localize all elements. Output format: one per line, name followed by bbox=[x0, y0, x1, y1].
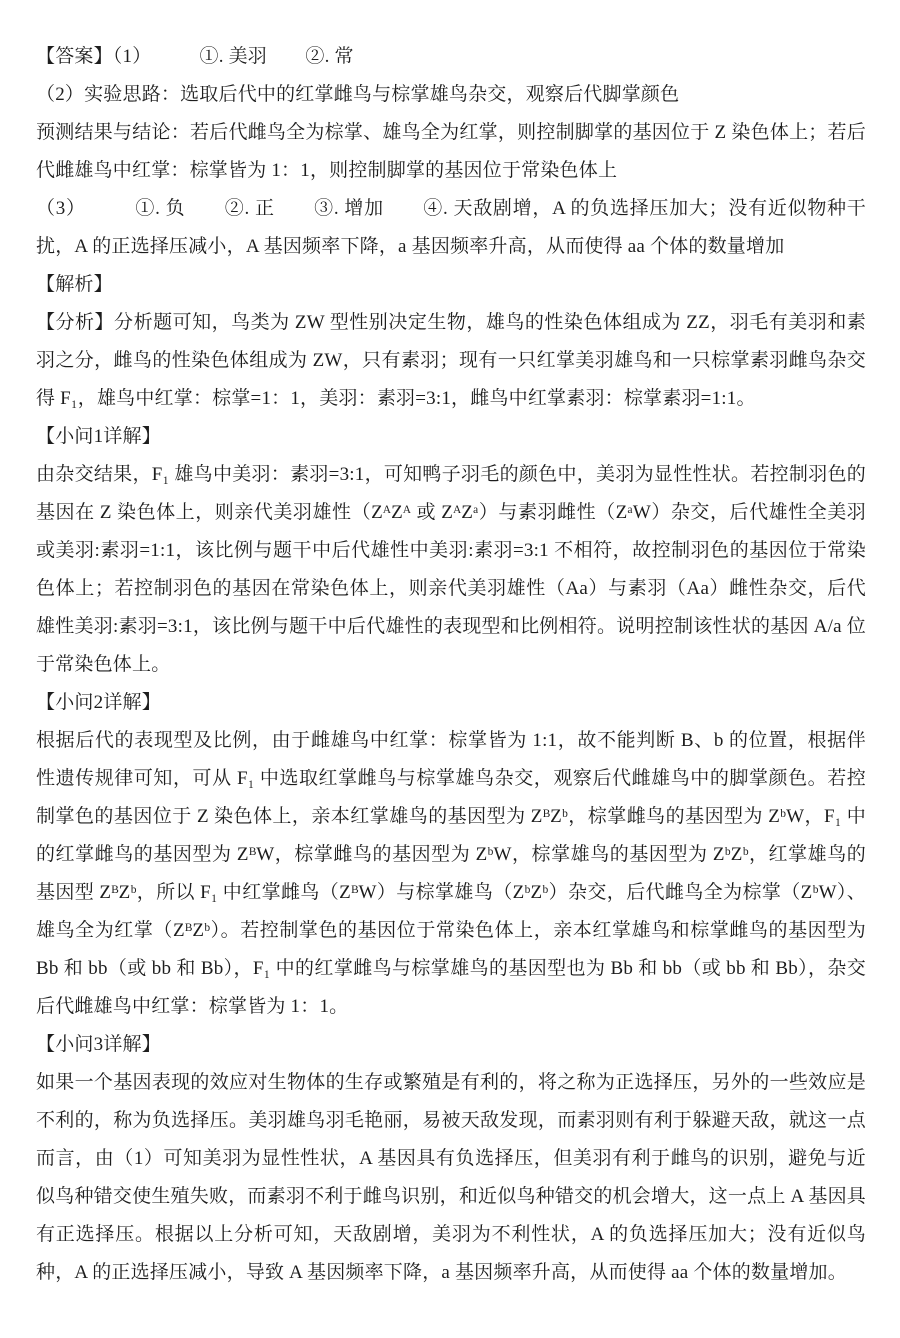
answer-line-2: （2）实验思路：选取后代中的红掌雌鸟与棕掌雄鸟杂交，观察后代脚掌颜色 bbox=[36, 76, 866, 114]
answer-line-3: （3） ①. 负 ②. 正 ③. 增加 ④. 天敌剧增，A 的负选择压加大；没有… bbox=[36, 190, 866, 266]
explanation-subquestion-1: 由杂交结果，F₁ 雄鸟中美羽：素羽=3:1，可知鸭子羽毛的颜色中，美羽为显性性状… bbox=[36, 456, 866, 684]
explanation-subquestion-3: 如果一个基因表现的效应对生物体的生存或繁殖是有利的，将之称为正选择压，另外的一些… bbox=[36, 1064, 866, 1292]
section-heading-subquestion-1: 【小问1详解】 bbox=[36, 418, 866, 456]
document-page: 【答案】（1） ①. 美羽 ②. 常 （2）实验思路：选取后代中的红掌雌鸟与棕掌… bbox=[0, 0, 900, 1338]
answer-heading-line: 【答案】（1） ①. 美羽 ②. 常 bbox=[36, 38, 866, 76]
analysis-paragraph: 【分析】分析题可知，鸟类为 ZW 型性别决定生物，雄鸟的性染色体组成为 ZZ，羽… bbox=[36, 304, 866, 418]
section-heading-subquestion-3: 【小问3详解】 bbox=[36, 1026, 866, 1064]
explanation-subquestion-2: 根据后代的表现型及比例，由于雌雄鸟中红掌：棕掌皆为 1:1，故不能判断 B、b … bbox=[36, 722, 866, 1026]
section-heading-jiexi: 【解析】 bbox=[36, 266, 866, 304]
answer-line-prediction: 预测结果与结论：若后代雌鸟全为棕掌、雄鸟全为红掌，则控制脚掌的基因位于 Z 染色… bbox=[36, 114, 866, 190]
section-heading-subquestion-2: 【小问2详解】 bbox=[36, 684, 866, 722]
